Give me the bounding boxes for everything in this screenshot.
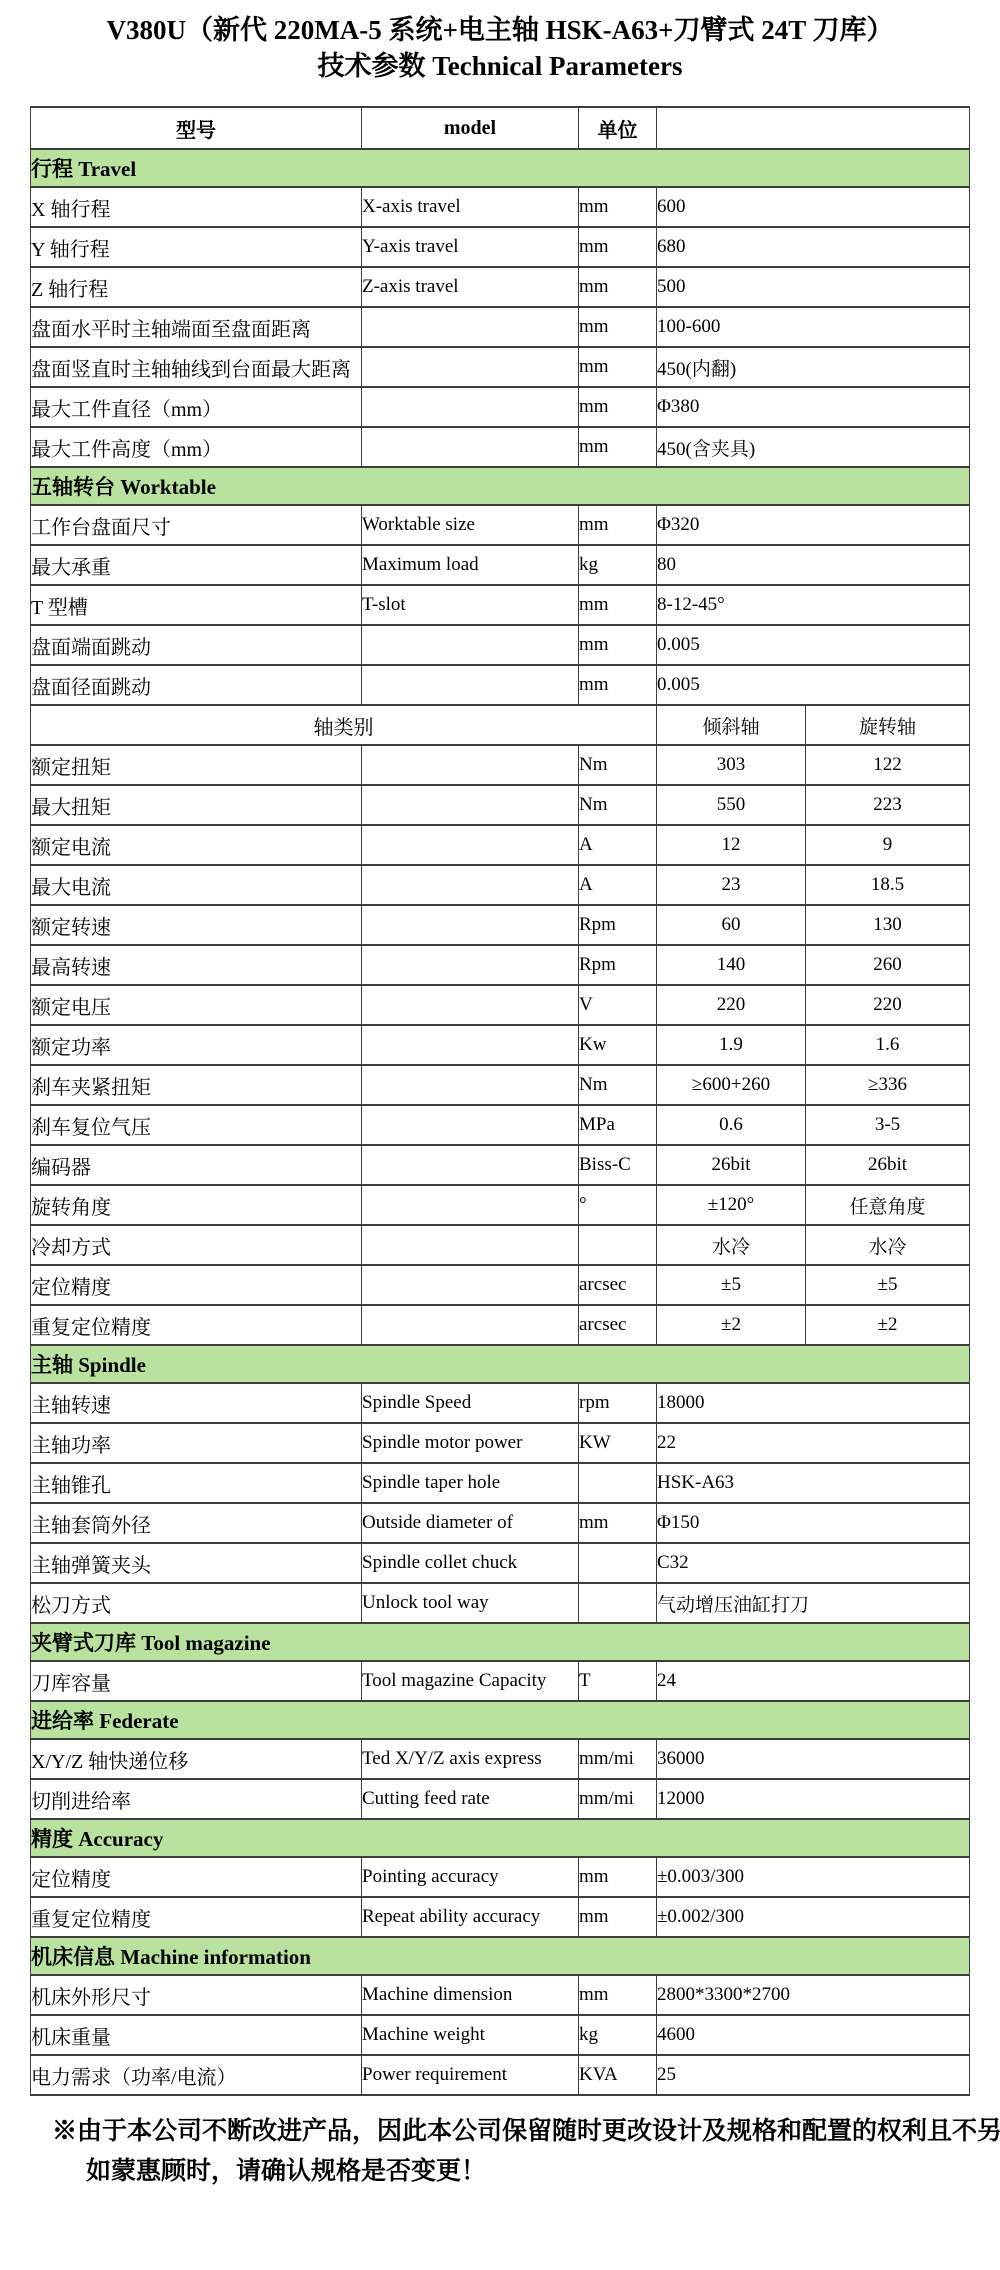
rotary-axis-value: 122 — [806, 745, 970, 785]
value-cell: 22 — [657, 1423, 970, 1463]
value-cell: 450(内翻) — [657, 347, 970, 387]
spec-name-en — [362, 985, 579, 1025]
unit-cell: Nm — [579, 785, 657, 825]
unit-cell: mm — [579, 1857, 657, 1897]
unit-cell: KVA — [579, 2055, 657, 2095]
spec-name-en: T-slot — [362, 585, 579, 625]
spec-name-en: Repeat ability accuracy — [362, 1897, 579, 1937]
spec-name-cn: 定位精度 — [31, 1265, 362, 1305]
table-row: 主轴弹簧夹头Spindle collet chuckC32 — [31, 1543, 970, 1583]
table-row: X 轴行程X-axis travelmm600 — [31, 187, 970, 227]
table-row: 最高转速Rpm140260 — [31, 945, 970, 985]
spec-name-en: Spindle collet chuck — [362, 1543, 579, 1583]
spec-name-en: X-axis travel — [362, 187, 579, 227]
section-header: 主轴 Spindle — [31, 1345, 970, 1383]
tilt-axis-value: 0.6 — [657, 1105, 806, 1145]
unit-cell — [579, 1583, 657, 1623]
unit-cell — [579, 1463, 657, 1503]
spec-name-cn: 盘面端面跳动 — [31, 625, 362, 665]
spec-name-cn: 主轴转速 — [31, 1383, 362, 1423]
tilt-axis-value: 12 — [657, 825, 806, 865]
spec-name-cn: 电力需求（功率/电流） — [31, 2055, 362, 2095]
unit-cell: kg — [579, 2015, 657, 2055]
value-cell: HSK-A63 — [657, 1463, 970, 1503]
table-row: 最大扭矩Nm550223 — [31, 785, 970, 825]
value-cell: 12000 — [657, 1779, 970, 1819]
spec-name-en — [362, 625, 579, 665]
spec-name-en: Spindle Speed — [362, 1383, 579, 1423]
section-header: 机床信息 Machine information — [31, 1937, 970, 1975]
tilt-axis-value: 220 — [657, 985, 806, 1025]
spec-name-cn: 最大工件高度（mm） — [31, 427, 362, 467]
value-cell: 2800*3300*2700 — [657, 1975, 970, 2015]
spec-name-cn: 主轴弹簧夹头 — [31, 1543, 362, 1583]
table-row: 刹车复位气压MPa0.63-5 — [31, 1105, 970, 1145]
table-row: 重复定位精度arcsec±2±2 — [31, 1305, 970, 1345]
spec-name-en — [362, 1265, 579, 1305]
section-header: 夹臂式刀库 Tool magazine — [31, 1623, 970, 1661]
value-cell: 18000 — [657, 1383, 970, 1423]
spec-name-cn: 最大扭矩 — [31, 785, 362, 825]
section-row: 五轴转台 Worktable — [31, 467, 970, 505]
spec-table-body: 行程 TravelX 轴行程X-axis travelmm600Y 轴行程Y-a… — [31, 149, 970, 2095]
spec-name-cn: 主轴套筒外径 — [31, 1503, 362, 1543]
header-value — [657, 107, 970, 149]
unit-cell: mm — [579, 625, 657, 665]
tilt-axis-value: 26bit — [657, 1145, 806, 1185]
table-row: 松刀方式Unlock tool way气动增压油缸打刀 — [31, 1583, 970, 1623]
table-row: 重复定位精度Repeat ability accuracymm±0.002/30… — [31, 1897, 970, 1937]
table-row: 主轴转速Spindle Speedrpm18000 — [31, 1383, 970, 1423]
spec-name-en — [362, 347, 579, 387]
title-block: V380U（新代 220MA-5 系统+电主轴 HSK-A63+刀臂式 24T … — [0, 0, 1000, 84]
table-row: 额定扭矩Nm303122 — [31, 745, 970, 785]
spec-name-en: Power requirement — [362, 2055, 579, 2095]
spec-name-cn: 额定扭矩 — [31, 745, 362, 785]
value-cell: 450(含夹具) — [657, 427, 970, 467]
tilt-axis-value: 550 — [657, 785, 806, 825]
tilt-axis-value: ≥600+260 — [657, 1065, 806, 1105]
tilt-axis-value: 140 — [657, 945, 806, 985]
tilt-axis-value: ±120° — [657, 1185, 806, 1225]
rotary-axis-value: 9 — [806, 825, 970, 865]
table-row: 额定转速Rpm60130 — [31, 905, 970, 945]
spec-name-cn: 最大承重 — [31, 545, 362, 585]
section-header: 进给率 Federate — [31, 1701, 970, 1739]
spec-name-en: Spindle taper hole — [362, 1463, 579, 1503]
spec-name-cn: 额定转速 — [31, 905, 362, 945]
spec-name-cn: X 轴行程 — [31, 187, 362, 227]
value-cell: 680 — [657, 227, 970, 267]
spec-name-cn: 旋转角度 — [31, 1185, 362, 1225]
unit-cell: arcsec — [579, 1305, 657, 1345]
table-row: 最大工件高度（mm）mm450(含夹具) — [31, 427, 970, 467]
table-row: 机床外形尺寸Machine dimensionmm2800*3300*2700 — [31, 1975, 970, 2015]
spec-name-cn: 最大工件直径（mm） — [31, 387, 362, 427]
spec-name-en — [362, 665, 579, 705]
table-row: 刹车夹紧扭矩Nm≥600+260≥336 — [31, 1065, 970, 1105]
axis-category-label: 轴类别 — [31, 705, 657, 745]
spec-name-en: Outside diameter of — [362, 1503, 579, 1543]
spec-name-cn: 刹车夹紧扭矩 — [31, 1065, 362, 1105]
spec-name-en — [362, 825, 579, 865]
spec-name-en — [362, 1145, 579, 1185]
table-row: 旋转角度°±120°任意角度 — [31, 1185, 970, 1225]
value-cell: 500 — [657, 267, 970, 307]
section-header: 五轴转台 Worktable — [31, 467, 970, 505]
value-cell: 25 — [657, 2055, 970, 2095]
spec-name-en — [362, 307, 579, 347]
unit-cell: mm — [579, 347, 657, 387]
spec-name-cn: 最大电流 — [31, 865, 362, 905]
table-row: 盘面径面跳动mm0.005 — [31, 665, 970, 705]
rotary-axis-value: 3-5 — [806, 1105, 970, 1145]
table-row: 轴类别倾斜轴旋转轴 — [31, 705, 970, 745]
tilt-axis-value: 303 — [657, 745, 806, 785]
table-row: 盘面水平时主轴端面至盘面距离mm100-600 — [31, 307, 970, 347]
unit-cell — [579, 1543, 657, 1583]
spec-name-cn: 主轴功率 — [31, 1423, 362, 1463]
spec-name-cn: 主轴锥孔 — [31, 1463, 362, 1503]
spec-name-en — [362, 745, 579, 785]
unit-cell: mm — [579, 1975, 657, 2015]
spec-name-cn: 定位精度 — [31, 1857, 362, 1897]
spec-name-en — [362, 945, 579, 985]
rotary-axis-value: 水冷 — [806, 1225, 970, 1265]
value-cell: 4600 — [657, 2015, 970, 2055]
spec-name-en: Pointing accuracy — [362, 1857, 579, 1897]
unit-cell: mm/mi — [579, 1779, 657, 1819]
spec-name-en: Spindle motor power — [362, 1423, 579, 1463]
spec-name-cn: 机床重量 — [31, 2015, 362, 2055]
tilt-axis-value: 水冷 — [657, 1225, 806, 1265]
rotary-axis-value: ±5 — [806, 1265, 970, 1305]
unit-cell: mm — [579, 1897, 657, 1937]
tilt-axis-value: ±2 — [657, 1305, 806, 1345]
spec-name-cn: 松刀方式 — [31, 1583, 362, 1623]
value-cell: Φ320 — [657, 505, 970, 545]
footer-line-1: ※由于本公司不断改进产品，因此本公司保留随时更改设计及规格和配置的权利且不另行通… — [52, 2112, 1000, 2152]
unit-cell: MPa — [579, 1105, 657, 1145]
table-row: 最大电流A2318.5 — [31, 865, 970, 905]
spec-name-en: Unlock tool way — [362, 1583, 579, 1623]
unit-cell: Rpm — [579, 945, 657, 985]
value-cell: ±0.002/300 — [657, 1897, 970, 1937]
spec-name-en: Worktable size — [362, 505, 579, 545]
rotary-axis-value: 18.5 — [806, 865, 970, 905]
footer-line-2: 如蒙惠顾时，请确认规格是否变更！ — [52, 2152, 1000, 2192]
table-row: Z 轴行程Z-axis travelmm500 — [31, 267, 970, 307]
section-row: 进给率 Federate — [31, 1701, 970, 1739]
spec-name-cn: 刀库容量 — [31, 1661, 362, 1701]
section-header: 精度 Accuracy — [31, 1819, 970, 1857]
spec-name-cn: 额定功率 — [31, 1025, 362, 1065]
spec-name-en: Tool magazine Capacity — [362, 1661, 579, 1701]
page-title: V380U（新代 220MA-5 系统+电主轴 HSK-A63+刀臂式 24T … — [0, 12, 1000, 48]
value-cell: ±0.003/300 — [657, 1857, 970, 1897]
table-row: 定位精度arcsec±5±5 — [31, 1265, 970, 1305]
unit-cell: mm — [579, 1503, 657, 1543]
rotary-axis-value: ≥336 — [806, 1065, 970, 1105]
table-row: 额定电流A129 — [31, 825, 970, 865]
value-cell: 8-12-45° — [657, 585, 970, 625]
rotary-axis-value: 260 — [806, 945, 970, 985]
table-row: 定位精度Pointing accuracymm±0.003/300 — [31, 1857, 970, 1897]
unit-cell: mm — [579, 387, 657, 427]
unit-cell: rpm — [579, 1383, 657, 1423]
tilt-axis-value: 23 — [657, 865, 806, 905]
unit-cell — [579, 1225, 657, 1265]
unit-cell: A — [579, 865, 657, 905]
unit-cell: KW — [579, 1423, 657, 1463]
spec-name-en — [362, 1025, 579, 1065]
rotary-axis-value: 223 — [806, 785, 970, 825]
section-row: 行程 Travel — [31, 149, 970, 187]
spec-name-en — [362, 387, 579, 427]
section-row: 精度 Accuracy — [31, 1819, 970, 1857]
unit-cell: mm — [579, 187, 657, 227]
spec-name-cn: 编码器 — [31, 1145, 362, 1185]
value-cell: Φ380 — [657, 387, 970, 427]
section-header: 行程 Travel — [31, 149, 970, 187]
spec-name-cn: 盘面竖直时主轴轴线到台面最大距离 — [31, 347, 362, 387]
spec-name-en — [362, 1225, 579, 1265]
table-row: X/Y/Z 轴快递位移Ted X/Y/Z axis expressmm/mi36… — [31, 1739, 970, 1779]
header-model-en: model — [362, 107, 579, 149]
rotary-axis-value: 1.6 — [806, 1025, 970, 1065]
rotary-axis-value: 130 — [806, 905, 970, 945]
tilt-axis-value: ±5 — [657, 1265, 806, 1305]
unit-cell: Nm — [579, 1065, 657, 1105]
spec-name-cn: 刹车复位气压 — [31, 1105, 362, 1145]
value-cell: 100-600 — [657, 307, 970, 347]
table-row: 最大承重Maximum loadkg80 — [31, 545, 970, 585]
spec-name-cn: 盘面径面跳动 — [31, 665, 362, 705]
spec-name-cn: 重复定位精度 — [31, 1305, 362, 1345]
table-row: 额定电压V220220 — [31, 985, 970, 1025]
spec-name-cn: 盘面水平时主轴端面至盘面距离 — [31, 307, 362, 347]
unit-cell: mm — [579, 505, 657, 545]
table-row: 主轴锥孔Spindle taper holeHSK-A63 — [31, 1463, 970, 1503]
unit-cell: Biss-C — [579, 1145, 657, 1185]
table-row: 编码器Biss-C26bit26bit — [31, 1145, 970, 1185]
spec-name-cn: Y 轴行程 — [31, 227, 362, 267]
tilt-axis-header: 倾斜轴 — [657, 705, 806, 745]
section-row: 机床信息 Machine information — [31, 1937, 970, 1975]
table-row: 电力需求（功率/电流）Power requirementKVA25 — [31, 2055, 970, 2095]
unit-cell: Kw — [579, 1025, 657, 1065]
spec-name-en — [362, 905, 579, 945]
table-header-row: 型号 model 单位 — [31, 107, 970, 149]
spec-name-cn: 切削进给率 — [31, 1779, 362, 1819]
spec-name-en — [362, 785, 579, 825]
table-row: 主轴功率Spindle motor powerKW22 — [31, 1423, 970, 1463]
section-row: 夹臂式刀库 Tool magazine — [31, 1623, 970, 1661]
spec-sheet-page: V380U（新代 220MA-5 系统+电主轴 HSK-A63+刀臂式 24T … — [0, 0, 1000, 2270]
spec-name-en: Y-axis travel — [362, 227, 579, 267]
value-cell: 气动增压油缸打刀 — [657, 1583, 970, 1623]
unit-cell: mm — [579, 307, 657, 347]
value-cell: 80 — [657, 545, 970, 585]
footer-note: ※由于本公司不断改进产品，因此本公司保留随时更改设计及规格和配置的权利且不另行通… — [52, 2112, 1000, 2192]
table-row: 刀库容量Tool magazine CapacityT24 — [31, 1661, 970, 1701]
value-cell: 24 — [657, 1661, 970, 1701]
spec-name-en: Machine dimension — [362, 1975, 579, 2015]
spec-table: 型号 model 单位 行程 TravelX 轴行程X-axis travelm… — [30, 106, 970, 2096]
spec-name-cn: 工作台盘面尺寸 — [31, 505, 362, 545]
rotary-axis-header: 旋转轴 — [806, 705, 970, 745]
spec-name-en: Ted X/Y/Z axis express — [362, 1739, 579, 1779]
tilt-axis-value: 60 — [657, 905, 806, 945]
spec-name-cn: 额定电流 — [31, 825, 362, 865]
unit-cell: kg — [579, 545, 657, 585]
spec-name-en: Cutting feed rate — [362, 1779, 579, 1819]
rotary-axis-value: 任意角度 — [806, 1185, 970, 1225]
spec-name-en — [362, 1305, 579, 1345]
spec-name-cn: Z 轴行程 — [31, 267, 362, 307]
unit-cell: mm — [579, 227, 657, 267]
value-cell: 600 — [657, 187, 970, 227]
table-row: 盘面端面跳动mm0.005 — [31, 625, 970, 665]
table-row: 主轴套筒外径Outside diameter ofmmΦ150 — [31, 1503, 970, 1543]
spec-name-en: Maximum load — [362, 545, 579, 585]
spec-name-cn: 机床外形尺寸 — [31, 1975, 362, 2015]
table-row: 工作台盘面尺寸Worktable sizemmΦ320 — [31, 505, 970, 545]
spec-name-en — [362, 865, 579, 905]
rotary-axis-value: 220 — [806, 985, 970, 1025]
spec-name-cn: 冷却方式 — [31, 1225, 362, 1265]
unit-cell: V — [579, 985, 657, 1025]
spec-name-en — [362, 427, 579, 467]
unit-cell: Nm — [579, 745, 657, 785]
table-row: 机床重量Machine weightkg4600 — [31, 2015, 970, 2055]
unit-cell: mm — [579, 427, 657, 467]
value-cell: Φ150 — [657, 1503, 970, 1543]
spec-name-cn: 最高转速 — [31, 945, 362, 985]
spec-name-cn: 额定电压 — [31, 985, 362, 1025]
section-row: 主轴 Spindle — [31, 1345, 970, 1383]
table-row: 切削进给率Cutting feed ratemm/mi12000 — [31, 1779, 970, 1819]
unit-cell: ° — [579, 1185, 657, 1225]
spec-name-en — [362, 1065, 579, 1105]
table-row: 冷却方式水冷水冷 — [31, 1225, 970, 1265]
table-row: Y 轴行程Y-axis travelmm680 — [31, 227, 970, 267]
unit-cell: Rpm — [579, 905, 657, 945]
rotary-axis-value: 26bit — [806, 1145, 970, 1185]
unit-cell: A — [579, 825, 657, 865]
value-cell: C32 — [657, 1543, 970, 1583]
spec-name-en — [362, 1105, 579, 1145]
rotary-axis-value: ±2 — [806, 1305, 970, 1345]
spec-name-en: Machine weight — [362, 2015, 579, 2055]
table-row: 最大工件直径（mm）mmΦ380 — [31, 387, 970, 427]
spec-name-en: Z-axis travel — [362, 267, 579, 307]
spec-name-en — [362, 1185, 579, 1225]
table-row: T 型槽T-slotmm8-12-45° — [31, 585, 970, 625]
table-row: 盘面竖直时主轴轴线到台面最大距离mm450(内翻) — [31, 347, 970, 387]
unit-cell: mm/mi — [579, 1739, 657, 1779]
value-cell: 0.005 — [657, 625, 970, 665]
spec-name-cn: X/Y/Z 轴快递位移 — [31, 1739, 362, 1779]
header-model-cn: 型号 — [31, 107, 362, 149]
unit-cell: mm — [579, 267, 657, 307]
page-subtitle: 技术参数 Technical Parameters — [0, 48, 1000, 84]
unit-cell: arcsec — [579, 1265, 657, 1305]
unit-cell: T — [579, 1661, 657, 1701]
table-row: 额定功率Kw1.91.6 — [31, 1025, 970, 1065]
value-cell: 36000 — [657, 1739, 970, 1779]
unit-cell: mm — [579, 665, 657, 705]
tilt-axis-value: 1.9 — [657, 1025, 806, 1065]
spec-name-cn: 重复定位精度 — [31, 1897, 362, 1937]
unit-cell: mm — [579, 585, 657, 625]
header-unit: 单位 — [579, 107, 657, 149]
value-cell: 0.005 — [657, 665, 970, 705]
spec-name-cn: T 型槽 — [31, 585, 362, 625]
